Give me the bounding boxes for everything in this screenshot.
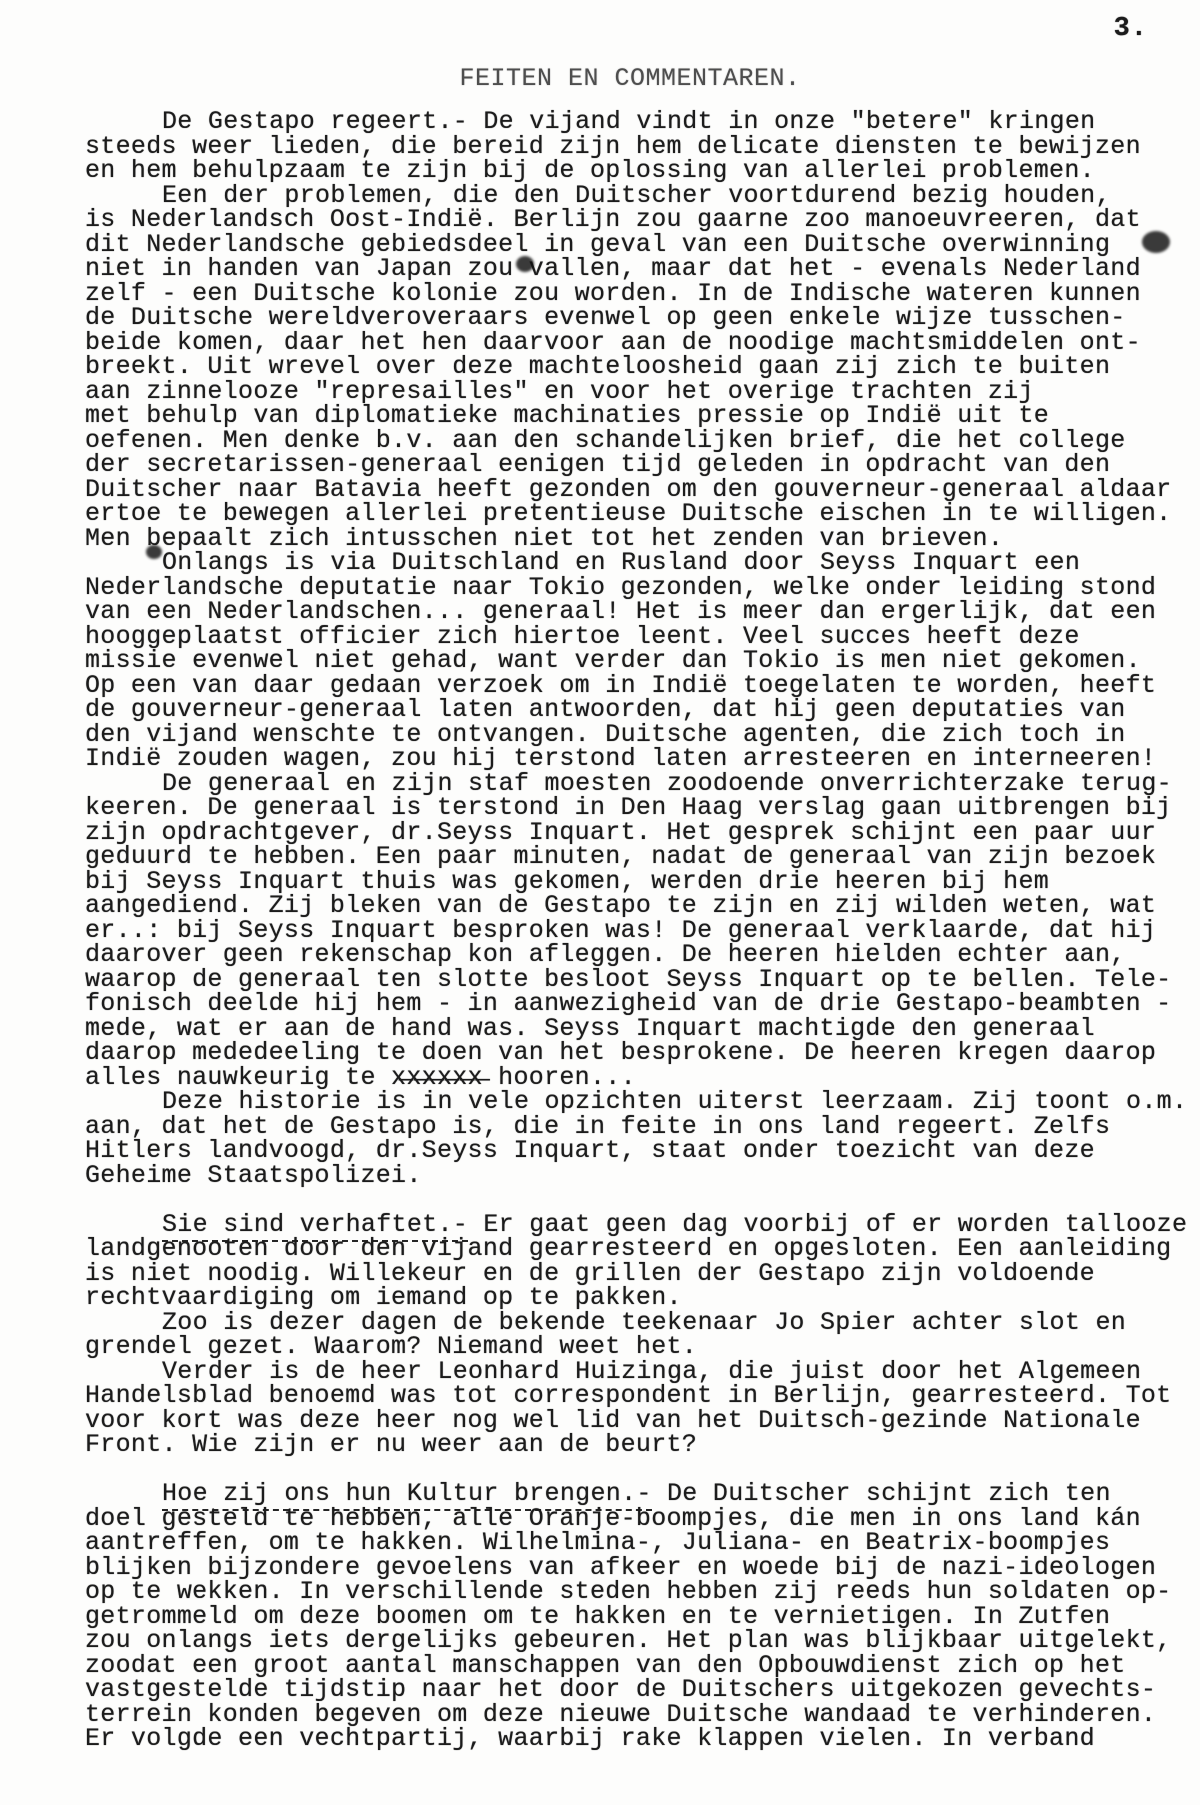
text-line: Onlangs is via Duitschland en Rusland do…	[85, 551, 1180, 576]
text-line: Front. Wie zijn er nu weer aan de beurt?	[85, 1433, 1180, 1458]
text-line: Hitlers landvoogd, dr.Seyss Inquart, sta…	[85, 1139, 1180, 1164]
text-line: met behulp van diplomatieke machinaties …	[85, 404, 1180, 429]
text-line: ertoe te bewegen allerlei pretentieuse D…	[85, 502, 1180, 527]
text-line: aantreffen, om te hakken. Wilhelmina-, J…	[85, 1531, 1180, 1556]
text-line: op te wekken. In verschillende steden he…	[85, 1580, 1180, 1605]
paragraph-spacer	[85, 1188, 1180, 1213]
text-line: aangediend. Zij bleken van de Gestapo te…	[85, 894, 1180, 919]
text-line: geduurd te hebben. Een paar minuten, nad…	[85, 845, 1180, 870]
text-line: Geheime Staatspolizei.	[85, 1164, 1180, 1189]
text-line: niet in handen van Japan zou vallen, maa…	[85, 257, 1180, 282]
document-title: FEITEN EN COMMENTAREN.	[30, 0, 1200, 93]
text-line: Er volgde een vechtpartij, waarbij rake …	[85, 1727, 1180, 1752]
text-line: breekt. Uit wrevel over deze machteloosh…	[85, 355, 1180, 380]
text-line: daarop mededeeling te doen van het bespr…	[85, 1041, 1180, 1066]
text-line: missie evenwel niet gehad, want verder d…	[85, 649, 1180, 674]
text-line: fonisch deelde hij hem - in aanwezigheid…	[85, 992, 1180, 1017]
text-line: de gouverneur-generaal laten antwoorden,…	[85, 698, 1180, 723]
text-line: der secretarissen-generaal eenigen tijd …	[85, 453, 1180, 478]
text-line: landgenooten door den vijand gearresteer…	[85, 1237, 1180, 1262]
text-line: is Nederlandsch Oost-Indië. Berlijn zou …	[85, 208, 1180, 233]
text-line: vastgestelde tijdstip naar het door de D…	[85, 1678, 1180, 1703]
text-line: Deze historie is in vele opzichten uiter…	[85, 1090, 1180, 1115]
text-line: Hoe zij ons hun Kultur brengen.- De Duit…	[85, 1482, 1180, 1507]
text-line: Handelsblad benoemd was tot corresponden…	[85, 1384, 1180, 1409]
text-line: daarover geen rekenschap kon afleggen. D…	[85, 943, 1180, 968]
text-line: en hem behulpzaam te zijn bij de oplossi…	[85, 159, 1180, 184]
text-line: Indië zouden wagen, zou hij terstond lat…	[85, 747, 1180, 772]
text-line: keeren. De generaal is terstond in Den H…	[85, 796, 1180, 821]
text-line: grendel gezet. Waarom? Niemand weet het.	[85, 1335, 1180, 1360]
text-line: zou onlangs iets dergelijks gebeuren. He…	[85, 1629, 1180, 1654]
text-line: De Gestapo regeert.- De vijand vindt in …	[85, 110, 1180, 135]
text-line: de Duitsche wereldveroveraars evenwel op…	[85, 306, 1180, 331]
document-page: 3. FEITEN EN COMMENTAREN. De Gestapo reg…	[0, 0, 1200, 1805]
text-line: rechtvaardiging om iemand op te pakken.	[85, 1286, 1180, 1311]
document-body: De Gestapo regeert.- De vijand vindt in …	[0, 110, 1200, 1752]
text-line: van een Nederlandschen... generaal! Het …	[85, 600, 1180, 625]
